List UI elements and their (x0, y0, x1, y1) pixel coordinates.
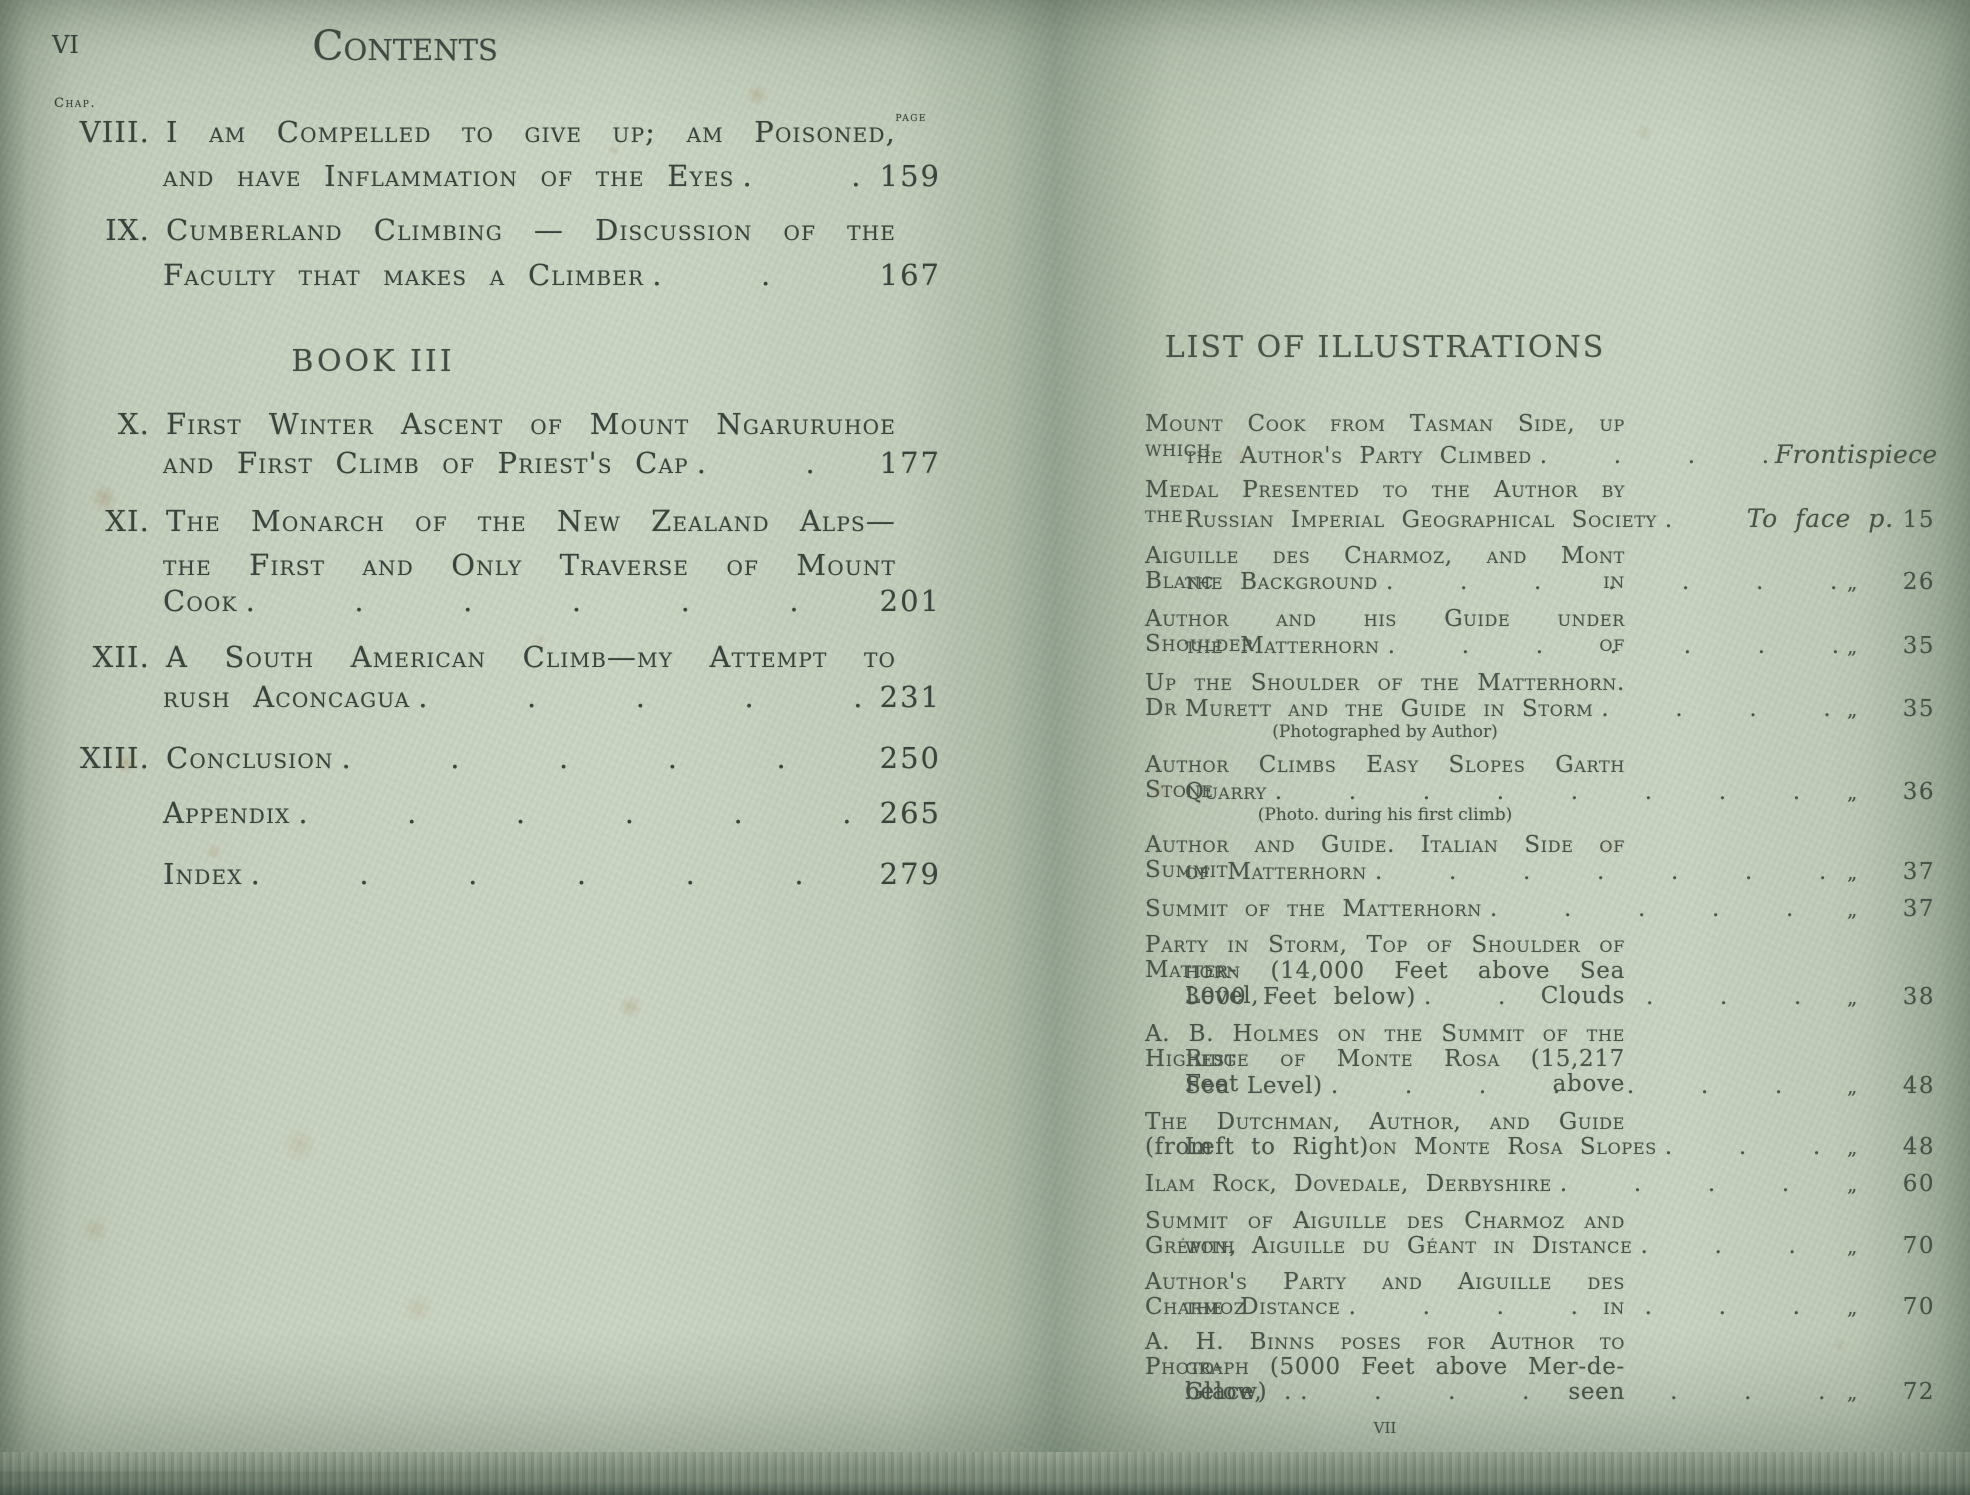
leader-dots (1275, 780, 1839, 805)
page-number: 15 (1903, 508, 1935, 533)
leader-dots (1540, 444, 1767, 469)
folio-number-right: vii (1145, 1414, 1625, 1439)
page-number: 35 (1903, 634, 1935, 659)
chapter-title-text: First Winter Ascent of Mount Ngaruruhoe (166, 408, 896, 441)
leader-dots (1388, 634, 1839, 659)
chapter-title-text: I am Compelled to give up; am Poisoned, (166, 116, 896, 149)
ditto-mark: „ (1847, 1136, 1858, 1158)
leader-dots (1386, 570, 1839, 595)
illustration-title-text: the Author's Party Climbed (1185, 444, 1532, 469)
leader-dots (1490, 897, 1839, 922)
facing-page-reference: „38 (1847, 985, 1935, 1010)
illustration-title-text: Quarry (1185, 780, 1267, 805)
right-page: LIST OF ILLUSTRATIONS Mount Cook from Ta… (1145, 0, 1935, 1495)
illustration-title-text: The Dutchman, Author, and Guide (1145, 1109, 1625, 1135)
ditto-mark: „ (1847, 571, 1858, 593)
illustration-entry-line: Russian Imperial Geographical Society To… (1185, 505, 1935, 533)
page-number: 265 (869, 797, 941, 830)
chapter-title-text: Conclusion (166, 742, 334, 775)
illustration-title-text: horn (1185, 958, 1270, 984)
chapter-numeral: XI. (48, 505, 150, 538)
facing-page-reference: „60 (1847, 1172, 1935, 1197)
facing-page-reference: „36 (1847, 780, 1935, 805)
frontispiece-label: Frontispiece (1775, 441, 1935, 469)
contents-entry-line: rush Aconcagua 231 (163, 681, 941, 714)
illustration-entry-line: Summit of the Matterhorn „37 (1145, 897, 1935, 922)
facing-page-reference: „35 (1847, 634, 1935, 659)
facing-page-reference: „35 (1847, 697, 1935, 722)
illustration-entry-line: Ilam Rock, Dovedale, Derbyshire „60 (1145, 1172, 1935, 1197)
page-number: 201 (869, 585, 941, 618)
contents-title: Contents (48, 22, 762, 70)
facing-page-reference: „70 (1847, 1295, 1935, 1320)
page-number: 37 (1903, 897, 1935, 922)
page-number: 250 (869, 742, 941, 775)
leader-dots (1349, 1295, 1839, 1320)
illustration-title-text: Russian Imperial Geographical Society (1185, 508, 1657, 533)
illustration-title-text: 3000 Feet below) (1185, 985, 1416, 1010)
leader-dots (1424, 985, 1839, 1010)
leader-dots (1665, 1135, 1839, 1160)
chapter-title-text: The Monarch of the New Zealand Alps— (166, 505, 896, 538)
contents-entry-line: XIII. Conclusion 250 (48, 742, 941, 775)
chapter-numeral: X. (48, 408, 150, 441)
leader-dots (342, 742, 861, 775)
chapter-title-text: A South American Climb—my Attempt to (166, 641, 896, 674)
page-edges (0, 1452, 1970, 1495)
illustration-entry-line: Sea Level) „48 (1185, 1074, 1935, 1099)
illustration-title-text: Murett and the Guide in Storm (1185, 697, 1593, 722)
contents-entry-line: IX. Cumberland Climbing — Discussion of … (48, 214, 941, 247)
contents-entry-line: and First Climb of Priest's Cap 177 (163, 447, 941, 480)
ditto-mark: „ (1847, 1235, 1858, 1257)
book-spread-photo: vi Contents Chap. page VIII. I am Compel… (0, 0, 1970, 1495)
illustrations-title: LIST OF ILLUSTRATIONS (1145, 330, 1625, 365)
illustration-entry-line: the Distance „70 (1185, 1295, 1935, 1320)
page-number: 37 (1903, 860, 1935, 885)
page-number: 38 (1903, 985, 1935, 1010)
page-number: 48 (1903, 1135, 1935, 1160)
illustration-entry-line: the Matterhorn „35 (1185, 634, 1935, 659)
facing-page-reference: „37 (1847, 860, 1935, 885)
chapter-title-text: Faculty that makes a Climber (163, 259, 644, 292)
photo-credit-caption: (Photo. during his first climb) (1195, 805, 1575, 825)
chapter-title-text: and have Inflammation of the Eyes (163, 160, 735, 193)
illustration-title-text: below) . (1185, 1380, 1292, 1405)
leader-dots (743, 160, 861, 193)
illustration-title-text: Ridge of Monte Rosa (1185, 1046, 1531, 1072)
illustration-title-text: the Matterhorn (1185, 634, 1380, 659)
book-section-heading: BOOK III (48, 344, 698, 379)
chapter-numeral: VIII. (48, 116, 150, 149)
leader-dots (1375, 860, 1839, 885)
ditto-mark: „ (1847, 1381, 1858, 1403)
contents-entry-line: Cook 201 (163, 585, 941, 618)
contents-entry-line: XII. A South American Climb—my Attempt t… (48, 641, 941, 674)
ditto-mark: „ (1847, 1173, 1858, 1195)
ditto-mark: „ (1847, 1075, 1858, 1097)
illustration-title-text: graph (1185, 1354, 1270, 1380)
illustration-entry-line: of Matterhorn „37 (1185, 860, 1935, 885)
illustration-entry-line: the Author's Party Climbed Frontispiece (1185, 441, 1935, 469)
chapter-title-text: Cumberland Climbing — Discussion of the (166, 214, 896, 247)
to-face-label: To face p. (1747, 505, 1894, 533)
leader-dots (1331, 1074, 1839, 1099)
facing-page-reference: „70 (1847, 1234, 1935, 1259)
illustration-title-text: the Background (1185, 570, 1378, 595)
illustration-title-text: of Matterhorn (1185, 860, 1367, 885)
contents-entry-line: Index 279 (163, 858, 941, 891)
chapter-title-text: and First Climb of Priest's Cap (163, 447, 689, 480)
leader-dots (697, 447, 861, 480)
page-number: 279 (869, 858, 941, 891)
illustration-title-text: Summit of the Matterhorn (1145, 897, 1482, 922)
facing-page-reference: „48 (1847, 1074, 1935, 1099)
back-matter-label: Index (163, 858, 243, 891)
contents-entry-line: VIII. I am Compelled to give up; am Pois… (48, 116, 941, 149)
ditto-mark: „ (1847, 781, 1858, 803)
page-number: 26 (1903, 570, 1935, 595)
contents-entry-line: Appendix 265 (163, 797, 941, 830)
facing-page-reference: „48 (1847, 1135, 1935, 1160)
page-number: 60 (1903, 1172, 1935, 1197)
page-number: 167 (869, 259, 941, 292)
facing-page-reference: „72 (1847, 1380, 1935, 1405)
ditto-mark: „ (1847, 635, 1858, 657)
page-number: 231 (869, 681, 941, 714)
illustration-entry-line: with Aiguille du Géant in Distance „70 (1185, 1234, 1935, 1259)
ditto-mark: „ (1847, 861, 1858, 883)
chapter-title-text: Cook (163, 585, 238, 618)
leader-dots (1640, 1234, 1839, 1259)
illustration-title-text: on Monte Rosa Slopes (1369, 1135, 1657, 1160)
chapter-title-text: rush Aconcagua (163, 681, 410, 714)
ditto-mark: „ (1847, 1296, 1858, 1318)
leader-dots (1560, 1172, 1839, 1197)
leader-dots (652, 259, 861, 292)
illustration-entry-line: Quarry „36 (1185, 780, 1935, 805)
back-matter-label: Appendix (163, 797, 290, 830)
contents-entry-line: the First and Only Traverse of Mount (163, 549, 941, 582)
illustration-entry-line: the Background „26 (1185, 570, 1935, 595)
photo-credit-caption: (Photographed by Author) (1195, 722, 1575, 742)
contents-entry-line: and have Inflammation of the Eyes 159 (163, 160, 941, 193)
leader-dots (1665, 508, 1737, 533)
illustration-title-text: with Aiguille du Géant in Distance (1185, 1234, 1632, 1259)
page-number: 70 (1903, 1234, 1935, 1259)
leader-dots (246, 585, 861, 618)
page-number: 177 (869, 447, 941, 480)
page-number: 36 (1903, 780, 1935, 805)
page-number: 35 (1903, 697, 1935, 722)
ditto-mark: „ (1847, 898, 1858, 920)
illustration-entry-line: 3000 Feet below) „38 (1185, 985, 1935, 1010)
page-number: 70 (1903, 1295, 1935, 1320)
leader-dots (251, 858, 861, 891)
illustration-entry-line: below) . „72 (1185, 1380, 1935, 1405)
page-number: 159 (869, 160, 941, 193)
leader-dots (298, 797, 861, 830)
to-face-reference: To face p. 15 (1745, 505, 1935, 533)
left-page: vi Contents Chap. page VIII. I am Compel… (48, 0, 941, 1400)
illustration-title-text: Ilam Rock, Dovedale, Derbyshire (1145, 1172, 1552, 1197)
leader-dots (1601, 697, 1839, 722)
chapter-title-text: the First and Only Traverse of Mount (163, 549, 896, 582)
contents-entry-line: XI. The Monarch of the New Zealand Alps— (48, 505, 941, 538)
chapter-numeral: XIII. (48, 742, 150, 775)
leader-dots (418, 681, 861, 714)
facing-page-reference: „26 (1847, 570, 1935, 595)
chap-column-label: Chap. (54, 96, 96, 111)
leader-dots (1300, 1380, 1839, 1405)
illustration-title-text: Left to Right) (1185, 1135, 1369, 1160)
illustration-entry-line: Left to Right) on Monte Rosa Slopes „48 (1185, 1135, 1935, 1160)
chapter-numeral: IX. (48, 214, 150, 247)
illustration-title-text: the Distance (1185, 1295, 1341, 1320)
chapter-numeral: XII. (48, 641, 150, 674)
ditto-mark: „ (1847, 698, 1858, 720)
illustration-entry-line: Murett and the Guide in Storm „35 (1185, 697, 1935, 722)
contents-entry-line: X. First Winter Ascent of Mount Ngaruruh… (48, 408, 941, 441)
contents-entry-line: Faculty that makes a Climber 167 (163, 259, 941, 292)
ditto-mark: „ (1847, 986, 1858, 1008)
page-number: 72 (1903, 1380, 1935, 1405)
illustration-title-text: Sea Level) (1185, 1074, 1323, 1099)
page-number: 48 (1903, 1074, 1935, 1099)
facing-page-reference: „37 (1847, 897, 1935, 922)
